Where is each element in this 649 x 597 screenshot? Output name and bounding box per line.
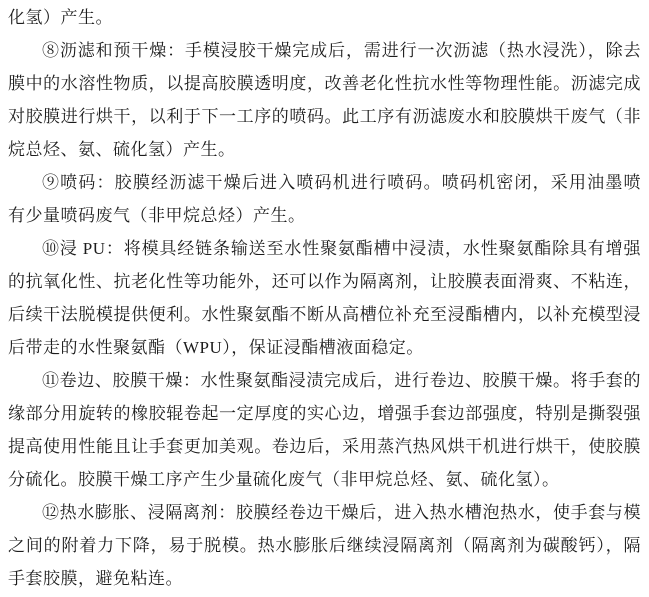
text-line: 的抗氧化性、抗老化性等功能外，还可以作为隔离剂，让胶膜表面滑爽、不粘连，为	[8, 265, 641, 298]
text-line: 后带走的水性聚氨酯（WPU），保证浸酯槽液面稳定。	[8, 331, 641, 364]
text-line: 缘部分用旋转的橡胶辊卷起一定厚度的实心边，增强手套边部强度，特别是撕裂强度，	[8, 397, 641, 430]
text-line: 手套胶膜，避免粘连。	[8, 562, 641, 595]
text-line: 提高使用性能且让手套更加美观。卷边后，采用蒸汽热风烘干机进行烘干，使胶膜充	[8, 430, 641, 463]
text-line-step9-start: ⑨喷码：胶膜经沥滤干燥后进入喷码机进行喷码。喷码机密闭，采用油墨喷码，	[8, 166, 641, 199]
text-line-step8-start: ⑧沥滤和预干燥：手模浸胶干燥完成后，需进行一次沥滤（热水浸洗），除去胶	[8, 34, 641, 67]
text-line: 之间的附着力下降，易于脱模。热水膨胀后继续浸隔离剂（隔离剂为碳酸钙），隔离	[8, 529, 641, 562]
text-line-step12-start: ⑫热水膨胀、浸隔离剂：胶膜经卷边干燥后，进入热水槽泡热水，使手套与模型	[8, 496, 641, 529]
text-line: 膜中的水溶性物质，以提高胶膜透明度，改善老化性抗水性等物理性能。沥滤完成后	[8, 67, 641, 100]
text-line-step11-start: ⑪卷边、胶膜干燥：水性聚氨酯浸渍完成后，进行卷边、胶膜干燥。将手套的边	[8, 364, 641, 397]
text-line: 后续干法脱模提供便利。水性聚氨酯不断从高槽位补充至浸酯槽内，以补充模型浸渍	[8, 298, 641, 331]
document-page: 化氢）产生。 ⑧沥滤和预干燥：手模浸胶干燥完成后，需进行一次沥滤（热水浸洗），除…	[0, 0, 649, 597]
text-line: 对胶膜进行烘干，以利于下一工序的喷码。此工序有沥滤废水和胶膜烘干废气（非甲	[8, 100, 641, 133]
text-line: 有少量喷码废气（非甲烷总烃）产生。	[8, 199, 641, 232]
text-line: 烷总烃、氨、硫化氢）产生。	[8, 133, 641, 166]
text-line: 分硫化。胶膜干燥工序产生少量硫化废气（非甲烷总烃、氨、硫化氢）。	[8, 463, 641, 496]
text-line: 化氢）产生。	[8, 1, 641, 34]
text-line-step10-start: ⑩浸 PU：将模具经链条输送至水性聚氨酯槽中浸渍，水性聚氨酯除具有增强胶膜	[8, 232, 641, 265]
